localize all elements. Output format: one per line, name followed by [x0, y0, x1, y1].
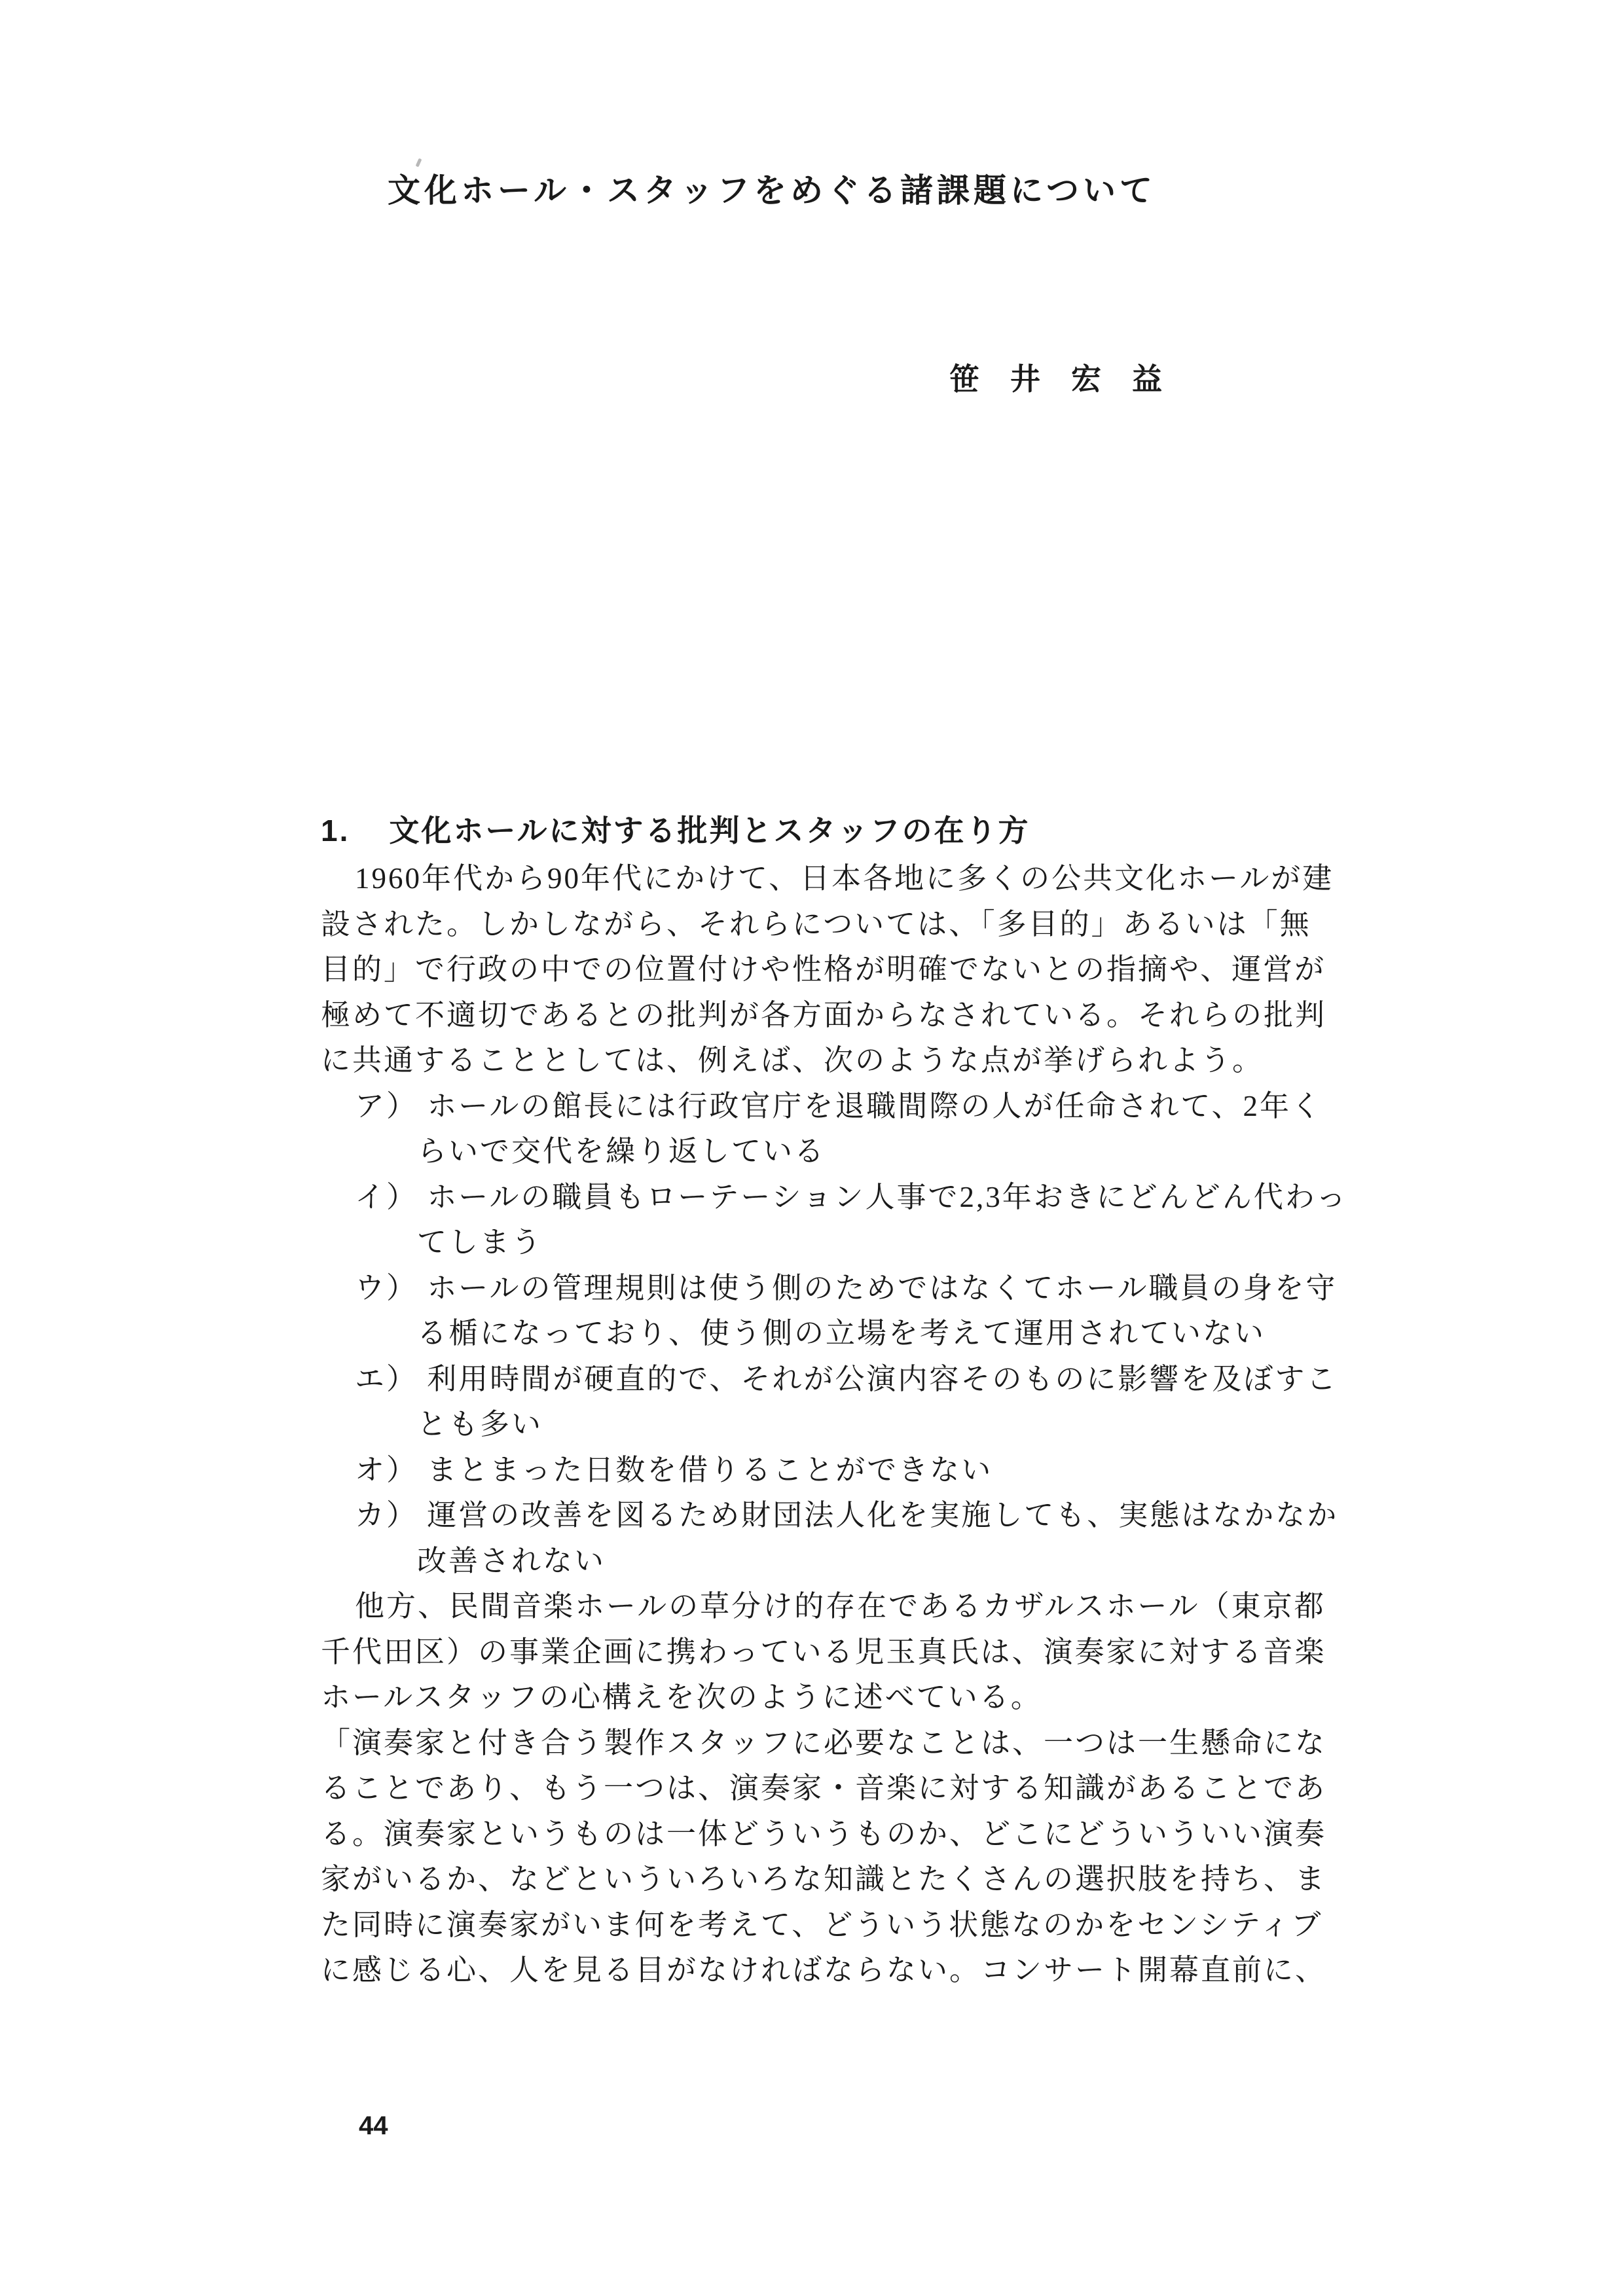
body-line: 目的」で行政の中での位置付けや性格が明確でないとの指摘や、運営が — [321, 947, 1250, 993]
body-line-list-item: エ） 利用時間が硬直的で、それが公演内容そのものに影響を及ぼすこ — [321, 1357, 1250, 1403]
body-line: 家がいるか、などといういろいろな知識とたくさんの選択肢を持ち、ま — [321, 1857, 1250, 1903]
body-line-list-continuation: る楯になっており、使う側の立場を考えて運用されていない — [321, 1311, 1250, 1357]
section-title: 文化ホールに対する批判とスタッフの在り方 — [389, 816, 1030, 846]
document-title: 文化ホール・スタッフをめぐる諸課題について — [388, 174, 1156, 207]
body-line-list-item: ウ） ホールの管理規則は使う側のためではなくてホール職員の身を守 — [321, 1266, 1250, 1312]
body-line: る。演奏家というものは一体どういうものか、どこにどういういい演奏 — [321, 1812, 1250, 1857]
body-line-list-continuation: らいで交代を繰り返している — [321, 1129, 1250, 1175]
body-line: に感じる心、人を見る目がなければならない。コンサート開幕直前に、 — [321, 1948, 1250, 1994]
section-number: 1. — [321, 816, 350, 846]
body-line-list-continuation: てしまう — [321, 1220, 1250, 1266]
section-heading: 1. 文化ホールに対する批判とスタッフの在り方 — [321, 816, 1030, 846]
body-line-list-item: オ） まとまった日数を借りることができない — [321, 1448, 1250, 1494]
body-line: 千代田区）の事業企画に携わっている児玉真氏は、演奏家に対する音楽 — [321, 1630, 1250, 1676]
body-line: ることであり、もう一つは、演奏家・音楽に対する知識があることであ — [321, 1766, 1250, 1812]
body-line: 極めて不適切であるとの批判が各方面からなされている。それらの批判 — [321, 993, 1250, 1039]
page-number: 44 — [359, 2113, 388, 2139]
body-line-list-item: ア） ホールの館長には行政官庁を退職間際の人が任命されて、2年く — [321, 1084, 1250, 1130]
body-line-list-item: カ） 運営の改善を図るため財団法人化を実施しても、実態はなかなか — [321, 1493, 1250, 1539]
body-line: 1960年代から90年代にかけて、日本各地に多くの公共文化ホールが建 — [321, 856, 1250, 902]
scan-artifact — [416, 158, 422, 168]
body-line: ホールスタッフの心構えを次のように述べている。 — [321, 1675, 1250, 1721]
body-line: 「演奏家と付き合う製作スタッフに必要なことは、一つは一生懸命にな — [321, 1721, 1250, 1767]
author-name: 笹井宏益 — [949, 364, 1193, 394]
body-text: 1960年代から90年代にかけて、日本各地に多くの公共文化ホールが建 設された。… — [321, 856, 1250, 1994]
body-line-list-item: イ） ホールの職員もローテーション人事で2,3年おきにどんどん代わっ — [321, 1175, 1250, 1221]
body-line: た同時に演奏家がいま何を考えて、どういう状態なのかをセンシティブ — [321, 1903, 1250, 1948]
body-line-list-continuation: 改善されない — [321, 1539, 1250, 1585]
document-page: 文化ホール・スタッフをめぐる諸課題について 笹井宏益 1. 文化ホールに対する批… — [0, 0, 1623, 2296]
body-line-list-continuation: とも多い — [321, 1402, 1250, 1448]
body-line: に共通することとしては、例えば、次のような点が挙げられよう。 — [321, 1038, 1250, 1084]
body-line: 設された。しかしながら、それらについては、「多目的」あるいは「無 — [321, 902, 1250, 948]
body-line: 他方、民間音楽ホールの草分け的存在であるカザルスホール（東京都 — [321, 1584, 1250, 1630]
